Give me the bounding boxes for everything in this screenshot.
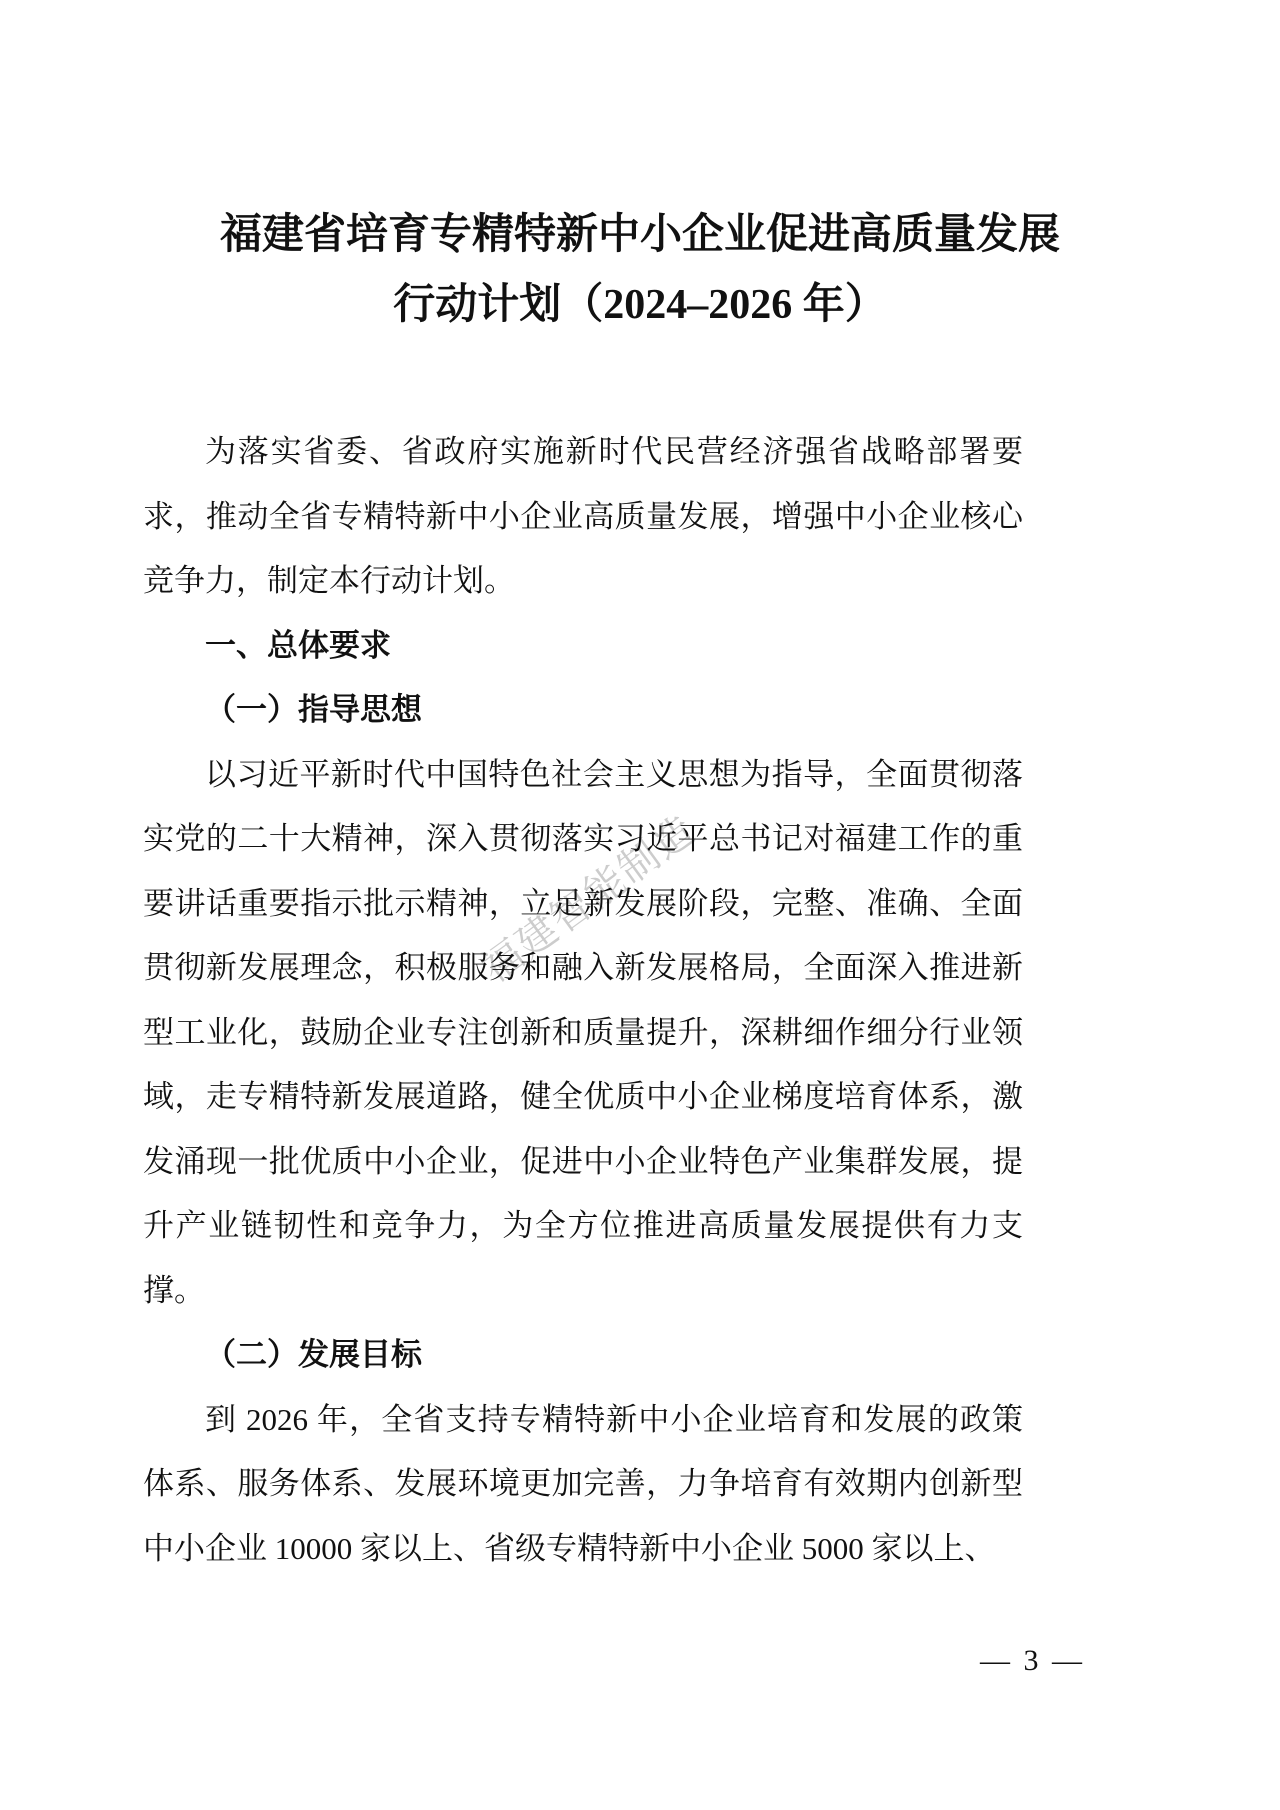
subsection-heading-development-goals: （二）发展目标 <box>143 1323 1023 1388</box>
section-heading-overall-requirements: 一、总体要求 <box>143 614 1023 679</box>
title-line-1: 福建省培育专精特新中小企业促进高质量发展 <box>0 200 1280 270</box>
intro-paragraph: 为落实省委、省政府实施新时代民营经济强省战略部署要求，推动全省专精特新中小企业高… <box>143 420 1023 614</box>
title-line-2: 行动计划（2024–2026 年） <box>0 270 1280 340</box>
document-title: 福建省培育专精特新中小企业促进高质量发展 行动计划（2024–2026 年） <box>0 0 1280 340</box>
subsection-heading-guiding-ideology: （一）指导思想 <box>143 678 1023 743</box>
page-number: — 3 — <box>980 1644 1085 1678</box>
guiding-ideology-paragraph: 以习近平新时代中国特色社会主义思想为指导，全面贯彻落实党的二十大精神，深入贯彻落… <box>143 743 1023 1324</box>
development-goals-paragraph: 到 2026 年，全省支持专精特新中小企业培育和发展的政策体系、服务体系、发展环… <box>143 1388 1023 1582</box>
document-page: 福建智能制造 福建省培育专精特新中小企业促进高质量发展 行动计划（2024–20… <box>0 0 1280 1810</box>
document-body: 为落实省委、省政府实施新时代民营经济强省战略部署要求，推动全省专精特新中小企业高… <box>143 420 1023 1581</box>
